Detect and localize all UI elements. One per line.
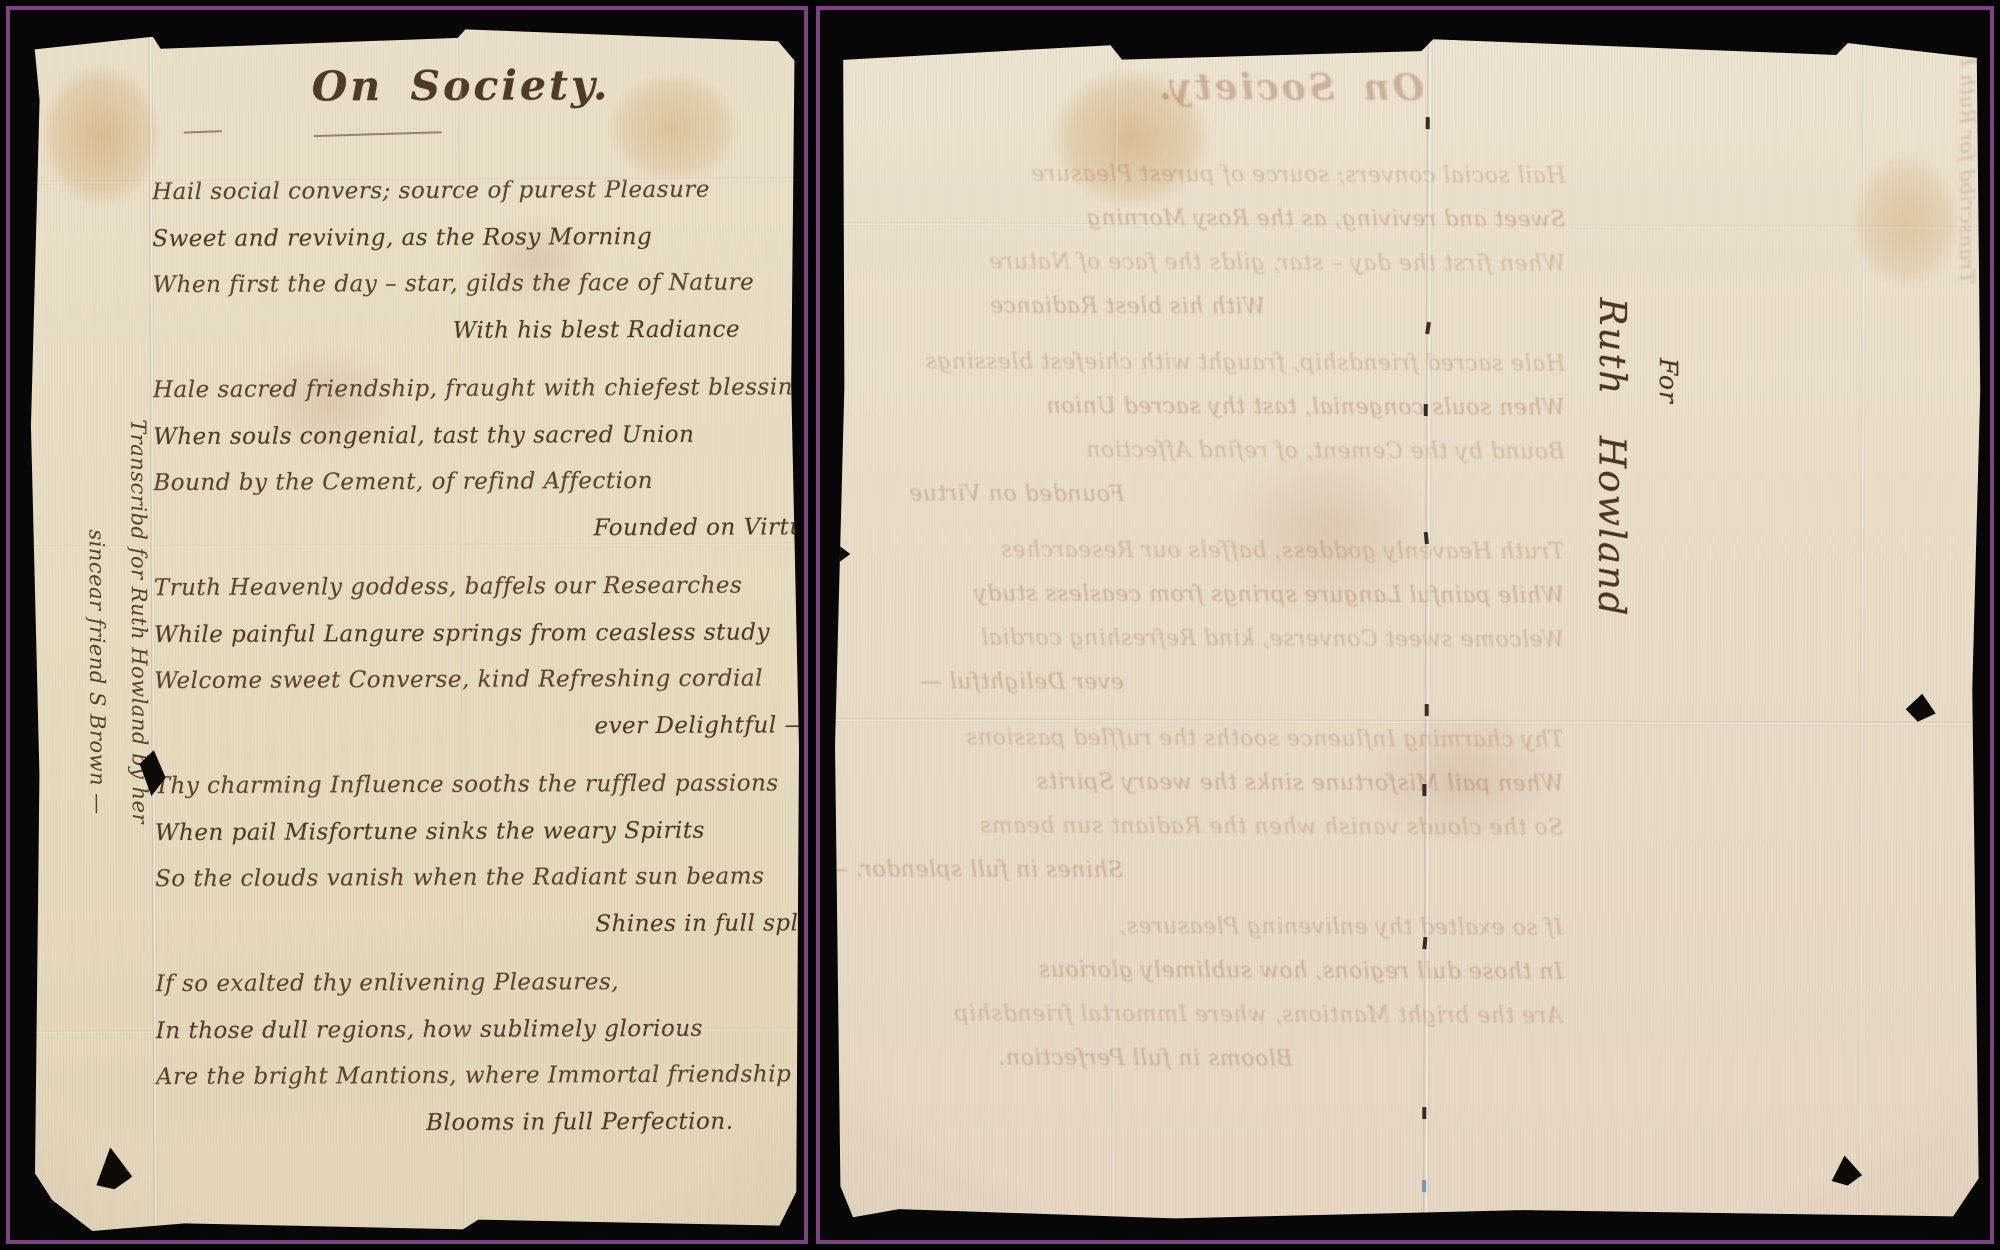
poem-line: When first the day – star, gilds the fac… (144, 259, 800, 308)
bleedthrough-line: Hail social convers; source of purest Pl… (844, 152, 1574, 199)
bleedthrough-line: When souls congenial, tast thy sacred Un… (843, 384, 1573, 431)
bleedthrough-line: With his blest Radiance (843, 284, 1273, 330)
address-line-name: Ruth Howland (1580, 298, 1643, 698)
back-fold-vertical-right (1858, 34, 1866, 1226)
poem-line: When pail Misfortune sinks the weary Spi… (147, 807, 803, 856)
bleedthrough-line: When first the day – star, gilds the fac… (843, 240, 1573, 287)
stitch-mark (1422, 1107, 1426, 1119)
bleedthrough-line: Blooms in full Perfection. (840, 1036, 1300, 1082)
address-line-for: For (1642, 358, 1693, 698)
poem-line: When souls congenial, tast thy sacred Un… (145, 411, 801, 460)
poem-line: Shines in full splendor. — (587, 900, 803, 947)
poem-line: In those dull regions, how sublimely glo… (148, 1005, 804, 1054)
poem-line: Are the bright Mantions, where Immortal … (148, 1051, 804, 1100)
bleedthrough-line: Are the bright Mantions, where Immortal … (841, 992, 1571, 1039)
bleedthrough-line: Hale sacred friendship, fraught with chi… (843, 340, 1573, 387)
poem-page-content: On Society. Hail social convers; source … (144, 58, 805, 1147)
poem-line: So the clouds vanish when the Radiant su… (147, 853, 803, 902)
bleedthrough-poem: Hail social convers; source of purest Pl… (840, 152, 1573, 1083)
poem-line: With his blest Radiance (445, 306, 801, 354)
bleedthrough-text: On Society. Hail social convers; source … (841, 60, 1574, 1003)
address-panel: For Ruth Howland (1557, 258, 1694, 698)
bleedthrough-line: Truth Heavenly goddess, baffels our Rese… (842, 528, 1572, 575)
poem-line: Bound by the Cement, of refind Affection (145, 457, 801, 506)
poem-body: Hail social convers; source of purest Pl… (144, 166, 804, 1147)
ink-blot-right-edge (1906, 694, 1936, 722)
manuscript-photo-collage: Transcribd for Ruth Howland by her since… (0, 0, 2000, 1250)
margin-inscription-line2: sincear friend S Brown — (76, 529, 121, 1119)
bleedthrough-line: In those dull regions, how sublimely glo… (841, 948, 1571, 995)
poem-line: Truth Heavenly goddess, baffels our Rese… (146, 562, 802, 611)
bleedthrough-line: If so exalted thy enlivening Pleasures, (841, 904, 1571, 951)
stitch-mark (1425, 704, 1429, 716)
bleedthrough-line: So the clouds vanish when the Radiant su… (841, 804, 1571, 851)
back-page-paper: On Society. Hail social convers; source … (830, 30, 1986, 1226)
stitch-mark (1426, 117, 1430, 129)
poem-title: On Society. (312, 58, 800, 112)
bleedthrough-line: Welcome sweet Converse, kind Refreshing … (842, 616, 1572, 663)
bleedthrough-line: When pail Misfortune sinks the weary Spi… (841, 760, 1571, 807)
ink-blot-bottom (1830, 1155, 1862, 1185)
bleedthrough-line: Sweet and reviving, as the Rosy Morning (843, 196, 1573, 243)
poem-line: ever Delightful — (586, 702, 802, 749)
bleedthrough-line: Founded on Virtue (842, 472, 1132, 517)
front-photo: Transcribd for Ruth Howland by her since… (6, 6, 808, 1244)
bleedthrough-line: Bound by the Cement, of refind Affection (843, 428, 1573, 475)
poem-line: Welcome sweet Converse, kind Refreshing … (146, 655, 802, 704)
poem-line: While painful Langure springs from ceasl… (146, 609, 802, 658)
bleedthrough-margin-inscription: Transcribd for Ruth Howland by her (1919, 6, 1981, 284)
bleedthrough-line: While painful Langure springs from ceasl… (842, 572, 1572, 619)
poem-line: If so exalted thy enlivening Pleasures, (147, 958, 803, 1007)
poem-line: Thy charming Influence sooths the ruffle… (147, 760, 803, 809)
bleedthrough-line: Thy charming Influence sooths the ruffle… (842, 716, 1572, 763)
poem-line: Founded on Virtue (585, 504, 801, 551)
back-photo: On Society. Hail social convers; source … (816, 6, 1994, 1244)
front-page-paper: Transcribd for Ruth Howland by her since… (25, 24, 802, 1233)
ink-blot-bottom-left (94, 1147, 134, 1189)
poem-line: Blooms in full Perfection. (418, 1098, 804, 1146)
poem-line: Hale sacred friendship, fraught with chi… (145, 364, 801, 413)
stitch-mark (1422, 784, 1426, 796)
bleedthrough-line: ever Delightful — (842, 660, 1132, 705)
stitch-mark-blue (1422, 1180, 1426, 1192)
bleedthrough-title: On Society. (844, 60, 1424, 114)
poem-line: Hail social convers; source of purest Pl… (144, 166, 800, 215)
bleedthrough-line: Shines in full splendor. — (841, 848, 1131, 893)
stitch-mark (1424, 404, 1428, 416)
poem-line: Sweet and reviving, as the Rosy Morning (144, 213, 800, 262)
